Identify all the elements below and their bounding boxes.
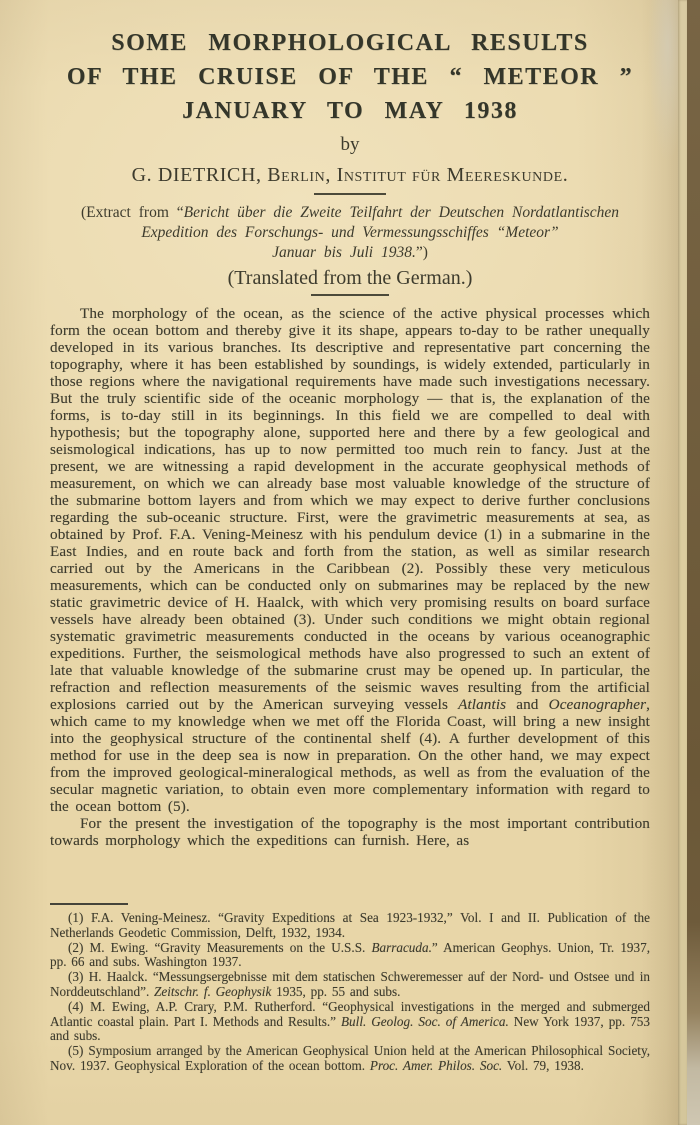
binding-edge — [687, 0, 700, 1125]
vessel-name-oceanographer: Oceanographer — [549, 696, 646, 713]
byline: by — [50, 134, 650, 156]
page-title-line-2: OF THE CRUISE OF THE “ METEOR ” — [50, 60, 650, 94]
page-title-line-1: SOME MORPHOLOGICAL RESULTS — [50, 26, 650, 60]
page-edge-strip — [678, 0, 687, 1125]
extract-line-1: (Extract from “Bericht über die Zweite T… — [50, 203, 650, 223]
footnote-divider-rule — [50, 903, 128, 905]
paper-header: SOME MORPHOLOGICAL RESULTS OF THE CRUISE… — [50, 26, 650, 296]
footnote-2: (2) M. Ewing. “Gravity Measurements on t… — [50, 941, 650, 971]
vessel-name-atlantis: Atlantis — [458, 696, 506, 713]
paragraph-1: The morphology of the ocean, as the scie… — [50, 305, 650, 815]
author-name: G. DIETRICH, — [132, 164, 262, 186]
page-title: SOME MORPHOLOGICAL RESULTS OF THE CRUISE… — [50, 26, 650, 128]
extract-line-2: Expedition des Forschungs- und Vermessun… — [50, 223, 650, 243]
scanned-paper-page: SOME MORPHOLOGICAL RESULTS OF THE CRUISE… — [0, 0, 700, 1125]
translated-divider-rule — [311, 294, 389, 296]
footnote-1: (1) F.A. Vening-Meinesz. “Gravity Expedi… — [50, 911, 650, 941]
footnote-5: (5) Symposium arranged by the American G… — [50, 1044, 650, 1074]
extract-note: (Extract from “Bericht über die Zweite T… — [50, 203, 650, 263]
author-line: G. DIETRICH, Berlin, Institut für Meeres… — [50, 164, 650, 187]
extract-line-3: Januar bis Juli 1938.”) — [50, 243, 650, 263]
footnote-4: (4) M. Ewing, A.P. Crary, P.M. Rutherfor… — [50, 1000, 650, 1044]
body-text: The morphology of the ocean, as the scie… — [50, 305, 650, 849]
author-affiliation: Berlin, Institut für Meereskunde. — [267, 164, 568, 186]
footnote-3: (3) H. Haalck. “Messungsergebnisse mit d… — [50, 970, 650, 1000]
author-divider-rule — [314, 193, 386, 195]
footnote-section: (1) F.A. Vening-Meinesz. “Gravity Expedi… — [50, 903, 650, 1074]
page-title-line-3: JANUARY TO MAY 1938 — [50, 94, 650, 128]
footnotes-list: (1) F.A. Vening-Meinesz. “Gravity Expedi… — [50, 911, 650, 1074]
translated-note: (Translated from the German.) — [50, 267, 650, 290]
paragraph-2: For the present the investigation of the… — [50, 815, 650, 849]
